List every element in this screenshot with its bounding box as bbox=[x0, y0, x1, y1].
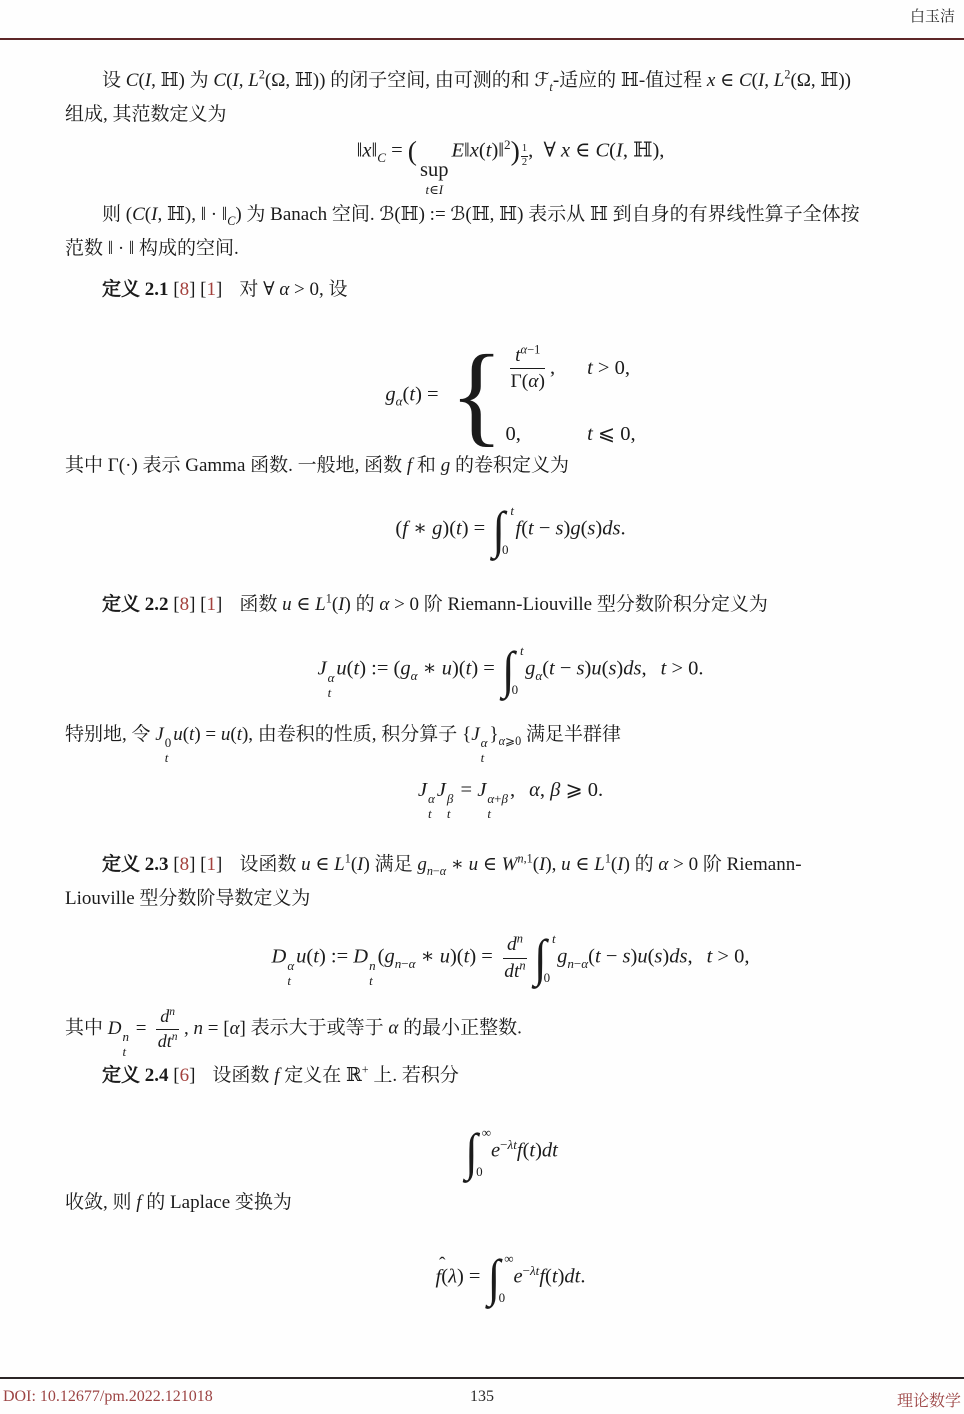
paragraph-banach-line1: 则 (C(I, ℍ), ‖ · ‖C) 为 Banach 空间. ℬ(ℍ) :=… bbox=[65, 198, 956, 232]
header-rule bbox=[0, 38, 964, 40]
equation-semigroup: JαtJβt = Jα+βt,α, β ⩾ 0. bbox=[65, 778, 956, 822]
citation-6[interactable]: [6] bbox=[173, 1065, 195, 1086]
citation-8[interactable]: [8] bbox=[173, 279, 195, 300]
paragraph-dtn-note: 其中 Dnt = dndtn, n = [α] 表示大于或等于 α 的最小正整数… bbox=[65, 1006, 956, 1060]
citation-1[interactable]: [1] bbox=[200, 594, 222, 615]
footer-page-number: 135 bbox=[0, 1388, 964, 1406]
paragraph-banach-line2: 范数 ‖ · ‖ 构成的空间. bbox=[65, 232, 956, 266]
definition-2-3: 定义 2.3 [8] [1]设函数 u ∈ L1(I) 满足 gn−α ∗ u … bbox=[65, 848, 956, 916]
footer-rule bbox=[0, 1377, 964, 1379]
citation-1[interactable]: [1] bbox=[200, 279, 222, 300]
paragraph-intro-line2: 组成, 其范数定义为 bbox=[65, 98, 956, 132]
paragraph-intro-line1: 设 C(I, ℍ) 为 C(I, L2(Ω, ℍ)) 的闭子空间, 由可测的和 … bbox=[65, 64, 956, 98]
citation-8[interactable]: [8] bbox=[173, 594, 195, 615]
definition-2-3-line1: 定义 2.3 [8] [1]设函数 u ∈ L1(I) 满足 gn−α ∗ u … bbox=[65, 848, 956, 882]
header-author: 白玉洁 bbox=[910, 5, 955, 26]
paragraph-semigroup-intro: 特别地, 令 J0tu(t) = u(t), 由卷积的性质, 积分算子 {Jαt… bbox=[65, 718, 956, 766]
paragraph-laplace-intro: 收敛, 则 f 的 Laplace 变换为 bbox=[65, 1186, 956, 1220]
equation-laplace-transform: ˆf(λ) = ∫∞0e−λtf(t)dt. bbox=[65, 1250, 956, 1306]
definition-2-3-line2: Liouville 型分数阶导数定义为 bbox=[65, 882, 956, 916]
equation-convolution: (f ∗ g)(t) = ∫t0f(t − s)g(s)ds. bbox=[65, 502, 956, 558]
citation-1[interactable]: [1] bbox=[200, 854, 222, 875]
citation-8[interactable]: [8] bbox=[173, 854, 195, 875]
equation-rl-integral: Jαtu(t) := (gα ∗ u)(t) = ∫t0gα(t − s)u(s… bbox=[65, 642, 956, 701]
definition-2-2: 定义 2.2 [8] [1]函数 u ∈ L1(I) 的 α > 0 阶 Rie… bbox=[65, 588, 956, 622]
equation-rl-derivative: Dαtu(t) := Dnt(gn−α ∗ u)(t) = dndtn∫t0gn… bbox=[65, 930, 956, 989]
footer-journal-name: 理论数学 bbox=[897, 1388, 961, 1411]
paragraph-intro: 设 C(I, ℍ) 为 C(I, L2(Ω, ℍ)) 的闭子空间, 由可测的和 … bbox=[65, 64, 956, 132]
paragraph-banach: 则 (C(I, ℍ), ‖ · ‖C) 为 Banach 空间. ℬ(ℍ) :=… bbox=[65, 198, 956, 266]
definition-2-1: 定义 2.1 [8] [1]对 ∀ α > 0, 设 bbox=[65, 273, 956, 307]
paper-page: 白玉洁 设 C(I, ℍ) 为 C(I, L2(Ω, ℍ)) 的闭子空间, 由可… bbox=[0, 0, 964, 1414]
equation-norm: ‖x‖C = (supt∈IE‖x(t)‖2)12, ∀ x ∈ C(I, ℍ)… bbox=[65, 134, 956, 197]
paragraph-gamma-convolution: 其中 Γ(·) 表示 Gamma 函数. 一般地, 函数 f 和 g 的卷积定义… bbox=[65, 449, 956, 483]
definition-2-4: 定义 2.4 [6]设函数 f 定义在 ℝ+ 上. 若积分 bbox=[65, 1059, 956, 1093]
equation-g-alpha-cases: gα(t) = {tα−1Γ(α),t > 0,0,t ⩽ 0, bbox=[65, 344, 956, 447]
equation-laplace-integral: ∫∞0e−λtf(t)dt bbox=[65, 1124, 956, 1180]
